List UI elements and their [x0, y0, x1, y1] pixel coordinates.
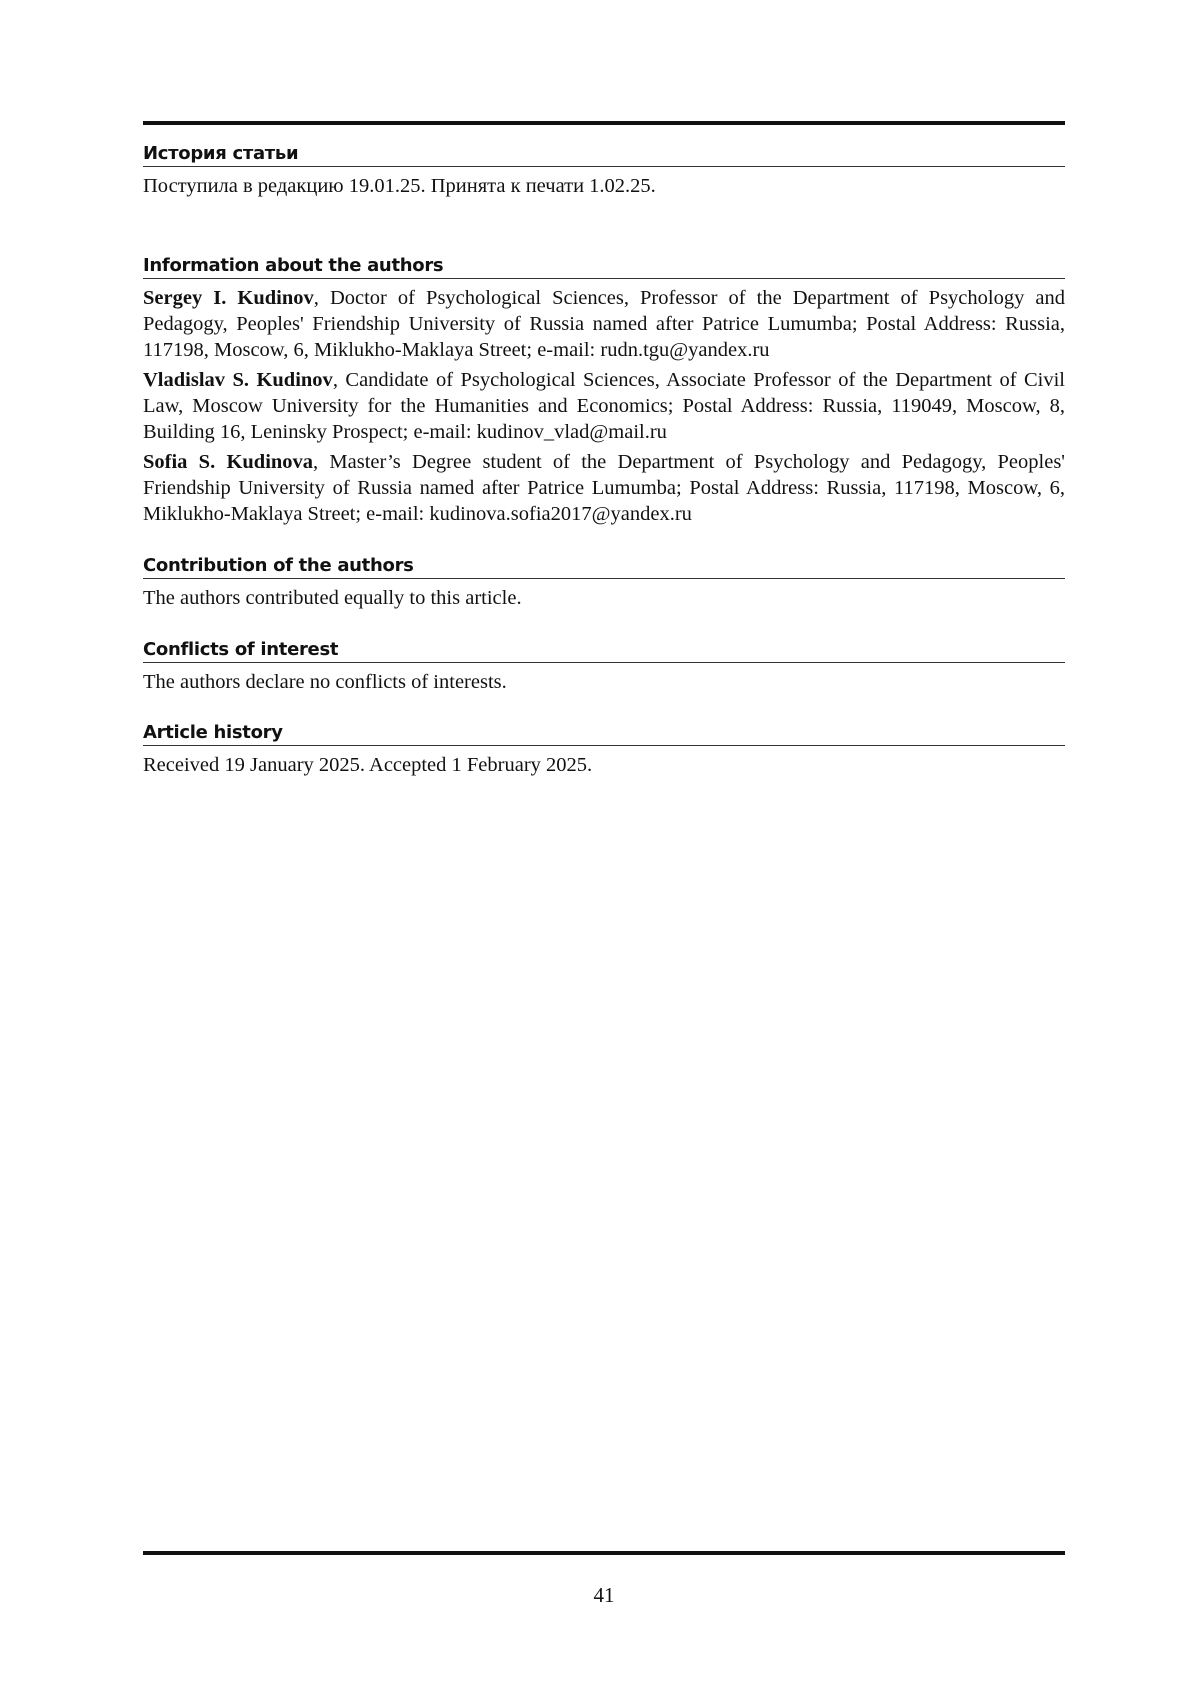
section-heading: История статьи	[143, 143, 1065, 167]
author-entry: Sergey I. Kudinov, Doctor of Psychologic…	[143, 285, 1065, 363]
section-conflicts: Conflicts of interest The authors declar…	[143, 639, 1065, 695]
section-heading: Contribution of the authors	[143, 555, 1065, 579]
section-contribution: Contribution of the authors The authors …	[143, 555, 1065, 611]
page-number: 41	[143, 1583, 1065, 1608]
author-entry: Sofia S. Kudinova, Master’s Degree stude…	[143, 449, 1065, 527]
author-entry: Vladislav S. Kudinov, Candidate of Psych…	[143, 367, 1065, 445]
author-name: Sofia S. Kudinova	[143, 451, 313, 473]
document-page: История статьи Поступила в редакцию 19.0…	[143, 0, 1065, 1697]
header-rule	[143, 121, 1065, 125]
section-heading: Information about the authors	[143, 255, 1065, 279]
section-text: Received 19 January 2025. Accepted 1 Feb…	[143, 752, 1065, 778]
section-heading: Conflicts of interest	[143, 639, 1065, 663]
author-name: Vladislav S. Kudinov	[143, 369, 333, 391]
section-heading: Article history	[143, 722, 1065, 746]
section-text: The authors declare no conflicts of inte…	[143, 669, 1065, 695]
section-authors: Information about the authors Sergey I. …	[143, 255, 1065, 531]
section-history-en: Article history Received 19 January 2025…	[143, 722, 1065, 778]
section-history-ru: История статьи Поступила в редакцию 19.0…	[143, 143, 1065, 199]
author-name: Sergey I. Kudinov	[143, 287, 314, 309]
footer-rule	[143, 1551, 1065, 1555]
section-text: The authors contributed equally to this …	[143, 585, 1065, 611]
section-text: Поступила в редакцию 19.01.25. Принята к…	[143, 173, 1065, 199]
